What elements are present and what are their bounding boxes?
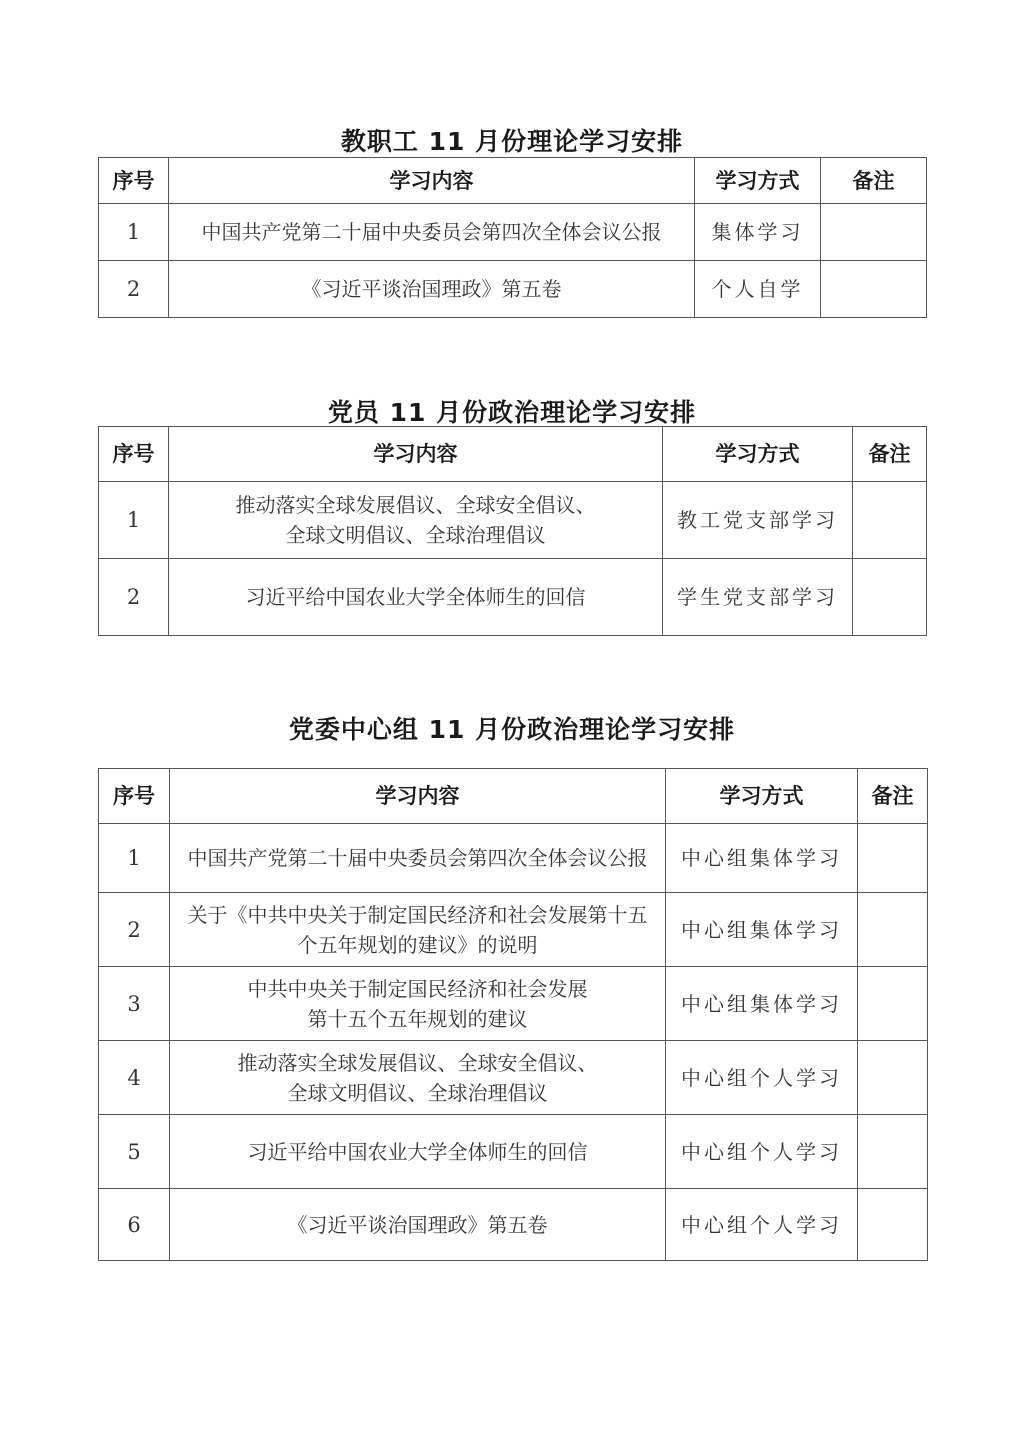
row-note bbox=[858, 824, 928, 893]
row-num: 6 bbox=[99, 1189, 170, 1261]
row-num: 4 bbox=[99, 1041, 170, 1115]
row-method: 中心组集体学习 bbox=[666, 893, 858, 967]
row-note bbox=[858, 1115, 928, 1189]
header-method: 学习方式 bbox=[666, 769, 858, 824]
row-content: 推动落实全球发展倡议、全球安全倡议、 全球文明倡议、全球治理倡议 bbox=[170, 1041, 666, 1115]
row-method: 个人自学 bbox=[695, 261, 821, 318]
header-num: 序号 bbox=[99, 769, 170, 824]
header-content: 学习内容 bbox=[169, 158, 695, 204]
row-note bbox=[858, 1189, 928, 1261]
faculty-study-table: 序号 学习内容 学习方式 备注 1 中国共产党第二十届中央委员会第四次全体会议公… bbox=[98, 157, 927, 318]
row-num: 2 bbox=[99, 893, 170, 967]
row-note bbox=[858, 967, 928, 1041]
header-note: 备注 bbox=[821, 158, 927, 204]
row-content: 推动落实全球发展倡议、全球安全倡议、 全球文明倡议、全球治理倡议 bbox=[169, 482, 663, 559]
row-num: 2 bbox=[99, 559, 169, 636]
table-3-title: 党委中心组 11 月份政治理论学习安排 bbox=[0, 710, 1024, 746]
row-content: 习近平给中国农业大学全体师生的回信 bbox=[170, 1115, 666, 1189]
row-num: 5 bbox=[99, 1115, 170, 1189]
table-2-title: 党员 11 月份政治理论学习安排 bbox=[0, 393, 1024, 429]
row-num: 1 bbox=[99, 482, 169, 559]
row-num: 1 bbox=[99, 204, 169, 261]
row-content: 中共中央关于制定国民经济和社会发展 第十五个五年规划的建议 bbox=[170, 967, 666, 1041]
row-note bbox=[821, 204, 927, 261]
header-content: 学习内容 bbox=[170, 769, 666, 824]
row-content: 《习近平谈治国理政》第五卷 bbox=[169, 261, 695, 318]
table-row: 2 关于《中共中央关于制定国民经济和社会发展第十五 个五年规划的建议》的说明 中… bbox=[99, 893, 928, 967]
table-header-row: 序号 学习内容 学习方式 备注 bbox=[99, 427, 927, 482]
table-1-title: 教职工 11 月份理论学习安排 bbox=[0, 122, 1024, 158]
row-note bbox=[821, 261, 927, 318]
row-note bbox=[858, 1041, 928, 1115]
row-num: 2 bbox=[99, 261, 169, 318]
row-method: 中心组个人学习 bbox=[666, 1189, 858, 1261]
table-row: 3 中共中央关于制定国民经济和社会发展 第十五个五年规划的建议 中心组集体学习 bbox=[99, 967, 928, 1041]
header-num: 序号 bbox=[99, 427, 169, 482]
row-method: 中心组个人学习 bbox=[666, 1041, 858, 1115]
row-method: 学生党支部学习 bbox=[663, 559, 853, 636]
table-row: 2 习近平给中国农业大学全体师生的回信 学生党支部学习 bbox=[99, 559, 927, 636]
row-method: 集体学习 bbox=[695, 204, 821, 261]
row-note bbox=[853, 559, 927, 636]
row-content: 中国共产党第二十届中央委员会第四次全体会议公报 bbox=[169, 204, 695, 261]
header-note: 备注 bbox=[853, 427, 927, 482]
row-content: 《习近平谈治国理政》第五卷 bbox=[170, 1189, 666, 1261]
central-group-study-table: 序号 学习内容 学习方式 备注 1 中国共产党第二十届中央委员会第四次全体会议公… bbox=[98, 768, 928, 1261]
row-num: 3 bbox=[99, 967, 170, 1041]
table-header-row: 序号 学习内容 学习方式 备注 bbox=[99, 158, 927, 204]
row-content: 中国共产党第二十届中央委员会第四次全体会议公报 bbox=[170, 824, 666, 893]
header-note: 备注 bbox=[858, 769, 928, 824]
table-row: 6 《习近平谈治国理政》第五卷 中心组个人学习 bbox=[99, 1189, 928, 1261]
table-header-row: 序号 学习内容 学习方式 备注 bbox=[99, 769, 928, 824]
header-content: 学习内容 bbox=[169, 427, 663, 482]
table-row: 5 习近平给中国农业大学全体师生的回信 中心组个人学习 bbox=[99, 1115, 928, 1189]
row-method: 中心组个人学习 bbox=[666, 1115, 858, 1189]
table-row: 1 中国共产党第二十届中央委员会第四次全体会议公报 中心组集体学习 bbox=[99, 824, 928, 893]
row-note bbox=[858, 893, 928, 967]
row-note bbox=[853, 482, 927, 559]
row-method: 中心组集体学习 bbox=[666, 824, 858, 893]
row-method: 教工党支部学习 bbox=[663, 482, 853, 559]
header-num: 序号 bbox=[99, 158, 169, 204]
table-row: 1 推动落实全球发展倡议、全球安全倡议、 全球文明倡议、全球治理倡议 教工党支部… bbox=[99, 482, 927, 559]
row-method: 中心组集体学习 bbox=[666, 967, 858, 1041]
table-row: 4 推动落实全球发展倡议、全球安全倡议、 全球文明倡议、全球治理倡议 中心组个人… bbox=[99, 1041, 928, 1115]
header-method: 学习方式 bbox=[695, 158, 821, 204]
table-row: 1 中国共产党第二十届中央委员会第四次全体会议公报 集体学习 bbox=[99, 204, 927, 261]
row-content: 关于《中共中央关于制定国民经济和社会发展第十五 个五年规划的建议》的说明 bbox=[170, 893, 666, 967]
header-method: 学习方式 bbox=[663, 427, 853, 482]
party-member-study-table: 序号 学习内容 学习方式 备注 1 推动落实全球发展倡议、全球安全倡议、 全球文… bbox=[98, 426, 927, 636]
row-content: 习近平给中国农业大学全体师生的回信 bbox=[169, 559, 663, 636]
row-num: 1 bbox=[99, 824, 170, 893]
table-row: 2 《习近平谈治国理政》第五卷 个人自学 bbox=[99, 261, 927, 318]
